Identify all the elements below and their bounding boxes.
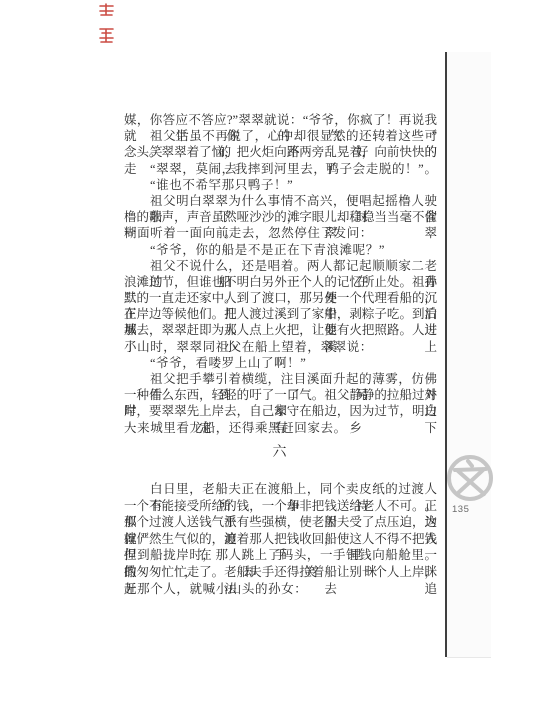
text-line: 媒，你答应不答应?”翠翠就说：“爷爷，你疯了！再说我就生你的气！” — [124, 112, 437, 128]
text-line: 祖父明白翠翠为什么事情不高兴，便唱起摇橹人驶船下滩时催 — [124, 193, 437, 209]
text-line: 橹的歌声，声音虽然哑沙沙的，字眼儿却稳稳当当毫不含糊。翠翠 — [124, 209, 437, 225]
text-line: 祖父话虽不再说了，心中却很显然的还转着这些可笑的不好的 — [124, 128, 437, 144]
section-heading: 六 — [124, 444, 437, 462]
text-line: 默的一直走还家中。到了渡口，那另外一个代理看船的，正把船泊 — [124, 290, 437, 306]
wen-character-stamp-icon — [446, 453, 496, 505]
text-line: 但到船拢岸时，那人跳上了码头，一手铜钱向船舱里一撒，却笑眯眯 — [124, 547, 437, 564]
text-line: 的匆匆忙忙走了。老船夫手还得拉着船让别一个人上岸，无法去追 — [124, 564, 437, 581]
text-line: “翠翠，莫闹，我摔到河里去，鸭子会走脱的！” — [124, 161, 437, 177]
text-line: “爷爷，看喽罗上山了啊！” — [124, 355, 437, 371]
body-text-part-one: 媒，你答应不答应?”翠翠就说：“爷爷，你疯了！再说我就生你的气！” 祖父话虽不再… — [124, 112, 437, 436]
text-line: 祖父把手攀引着横缆，注目溪面升起的薄雾，仿佛看到了另外 — [124, 371, 437, 387]
text-line: 城去，翠翠赶即为那人点上火把，让他有火把照路。人过了小溪上 — [124, 322, 437, 338]
body-text-part-two: 白日里，老船夫正在渡船上，同个卖皮纸的过渡人有所争持。 一个不能接受所给的钱，一… — [124, 481, 437, 597]
text-line: 白日里，老船夫正在渡船上，同个卖皮纸的过渡人有所争持。 — [124, 481, 437, 498]
book-page-scan: 媒，你答应不答应?”翠翠就说：“爷爷，你疯了！再说我就生你的气！” 祖父话虽不再… — [0, 0, 550, 711]
text-line: 祖父不说什么，还是唱着。两人都记起顺顺家二老的船正在青 — [124, 258, 437, 274]
text-line: 那个过渡人送钱气派有些强横，使老船夫受了点压迫，这撑渡船人 — [124, 514, 437, 531]
text-line: “谁也不希罕那只鸭子！” — [124, 177, 437, 193]
text-line: 一种什么东西，轻轻的吁了一口气。祖父静静的拉船过对岸家边 — [124, 387, 437, 403]
text-line: 在岸边等候他们。几人渡过溪到了家中，剥粽子吃。到后那人要进 — [124, 306, 437, 322]
red-seal-mark-icon — [96, 3, 118, 45]
text-line: 时，要翠翠先上岸去，自己却守在船边，因为过节，明白一定有乡下 — [124, 403, 437, 419]
text-line: 一个不能接受所给的钱，一个却非把钱送给老人不可。正似乎因为 — [124, 498, 437, 515]
text-line: 就俨然生气似的，迫着那人把钱收回，使这人不得不把钱捏在手里。 — [124, 531, 437, 548]
page-number: 135 — [452, 504, 469, 515]
text-line: 浪滩过节，但谁也不明白另外一个人的记忆所止处。祖孙二人便沉 — [124, 274, 437, 290]
page-spine-line — [445, 52, 447, 657]
page-edge-strip — [447, 52, 491, 658]
text-line: “爷爷，你的船是不是正在下青浪滩呢？” — [124, 242, 437, 258]
text-line: 念头。翠翠着了恼，把火炬向路两旁乱晃着，向前快快的走去了。 — [124, 144, 437, 160]
